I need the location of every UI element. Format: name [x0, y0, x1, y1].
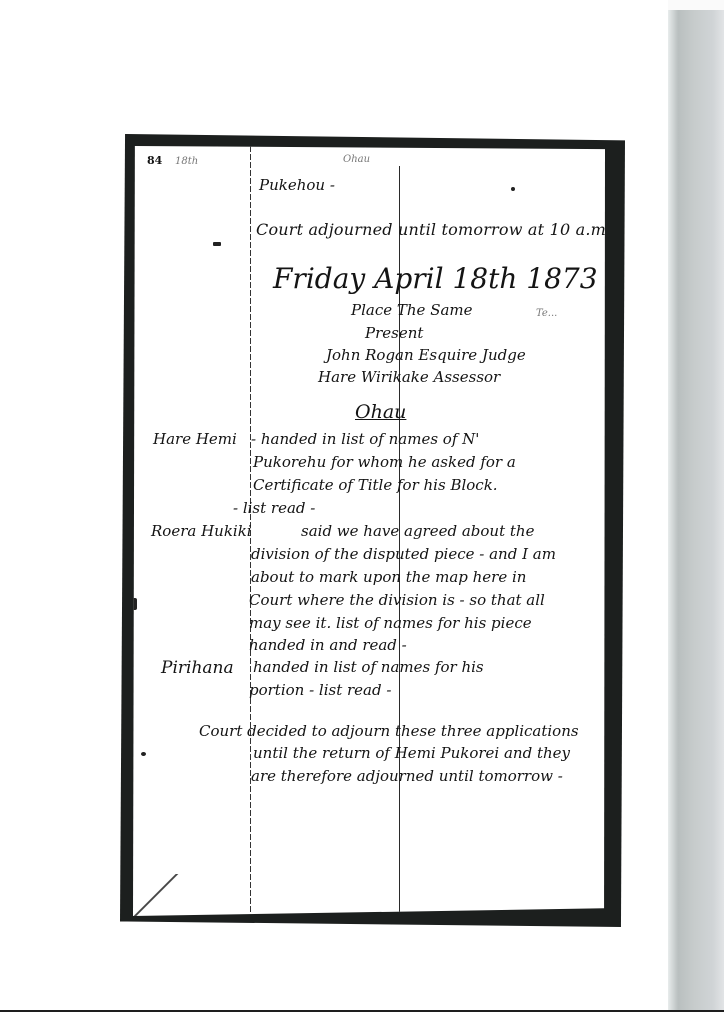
entry-line: division of the disputed piece - and I a…	[251, 545, 556, 563]
speaker-roera-hukiki: Roera Hukiki	[151, 522, 252, 540]
closing-line: Court decided to adjourn these three app…	[199, 722, 579, 740]
line-court-adjourned: Court adjourned until tomorrow at 10 a.m…	[256, 220, 611, 239]
scan-edge-top	[668, 0, 724, 10]
corner-fold-mark	[133, 874, 179, 916]
entry-line: portion - list read -	[249, 681, 391, 699]
section-heading-ohau: Ohau	[355, 401, 406, 423]
entry-line: may see it. list of names for his piece	[249, 614, 532, 632]
ink-speck	[141, 752, 146, 756]
ink-blot	[129, 598, 137, 610]
line-place: Place The Same	[351, 301, 473, 319]
minute-book-page-frame: 84 18th Ohau Pukehou - Court adjourned u…	[120, 134, 625, 927]
entry-line: - handed in list of names of N'	[251, 430, 479, 448]
line-pukehou: Pukehou -	[259, 176, 335, 194]
scan-bottom-edge	[0, 1010, 724, 1012]
margin-date-annotation: 18th	[175, 156, 198, 167]
place-annotation: Te...	[536, 308, 557, 319]
closing-line: are therefore adjourned until tomorrow -	[251, 767, 563, 785]
line-assessor: Hare Wirikake Assessor	[318, 368, 500, 386]
ink-speck	[213, 242, 221, 246]
page-number: 84	[147, 154, 162, 167]
date-heading: Friday April 18th 1873	[273, 262, 598, 295]
entry-line: Certificate of Title for his Block.	[253, 476, 498, 494]
speaker-hare-hemi: Hare Hemi	[153, 430, 237, 448]
ink-speck	[511, 187, 515, 191]
line-judge: John Rogan Esquire Judge	[326, 346, 526, 364]
closing-line: until the return of Hemi Pukorei and the…	[253, 744, 570, 762]
line-present: Present	[365, 324, 423, 342]
entry-line: Court where the division is - so that al…	[249, 591, 545, 609]
minute-book-page: 84 18th Ohau Pukehou - Court adjourned u…	[133, 146, 605, 916]
scan-binding-shadow	[668, 10, 724, 1012]
entry-line: handed in list of names for his	[253, 658, 484, 676]
entry-line: handed in and read -	[249, 636, 407, 654]
entry-line: about to mark upon the map here in	[251, 568, 526, 586]
speaker-pirihana: Pirihana	[161, 658, 234, 678]
entry-line: said we have agreed about the	[301, 522, 534, 540]
entry-line: - list read -	[233, 499, 315, 517]
header-annotation: Ohau	[343, 154, 370, 165]
entry-line: Pukorehu for whom he asked for a	[253, 453, 516, 471]
